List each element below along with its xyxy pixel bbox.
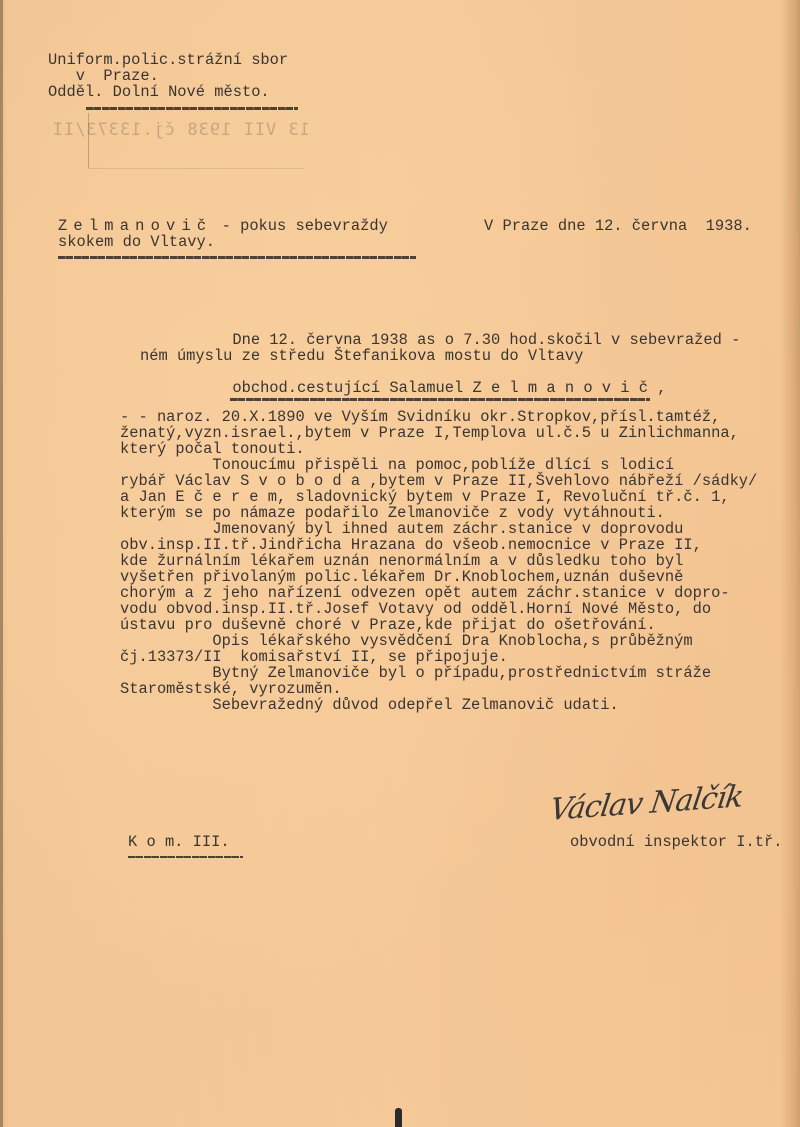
body-line: Jmenovaný byl ihned autem záchr.stanice … xyxy=(120,521,683,537)
body-line: Bytný Zelmanoviče byl o případu,prostřed… xyxy=(120,665,711,681)
body-line: vyšetřen přivolaným polic.lékařem Dr.Kno… xyxy=(120,569,683,585)
body-line: a Jan E č e r e m, sladovnický bytem v P… xyxy=(120,489,730,505)
subject-line-1: Zelmanovič - pokus sebevraždy xyxy=(58,218,388,234)
kom-underline xyxy=(128,856,243,858)
body-line: obchod.cestující Salamuel Z e l m a n o … xyxy=(140,380,666,396)
subject-text: - pokus sebevraždy xyxy=(222,217,388,235)
body-line: kde žurnálním lékařem uznán nenormálním … xyxy=(120,553,683,569)
org-underline xyxy=(86,107,298,110)
body-line: Opis lékařského vysvědčení Dra Knoblocha… xyxy=(120,633,693,649)
body-line: obv.insp.II.tř.Jindřicha Hrazana do všeo… xyxy=(120,537,702,553)
body-line: kterým se po námaze podařilo Zelmanoviče… xyxy=(120,505,665,521)
org-line-2: v Praze. xyxy=(48,68,159,84)
page-edge xyxy=(0,0,3,1127)
body-line: rybář Václav S v o b o d a ,bytem v Praz… xyxy=(120,473,757,489)
body-line: který počal tonouti. xyxy=(120,441,305,457)
body-line: ném úmyslu ze středu Štefanikova mostu d… xyxy=(140,348,583,364)
subject-underline xyxy=(58,256,416,259)
body-line: ústavu pro duševně choré v Praze,kde při… xyxy=(120,617,656,633)
body-line: vodu obvod.insp.II.tř.Josef Votavy od od… xyxy=(120,601,711,617)
signer-title: obvodní inspektor I.tř. xyxy=(570,834,782,850)
body-line: Sebevražedný důvod odepřel Zelmanovič ud… xyxy=(120,697,619,713)
body-line: Dne 12. června 1938 as o 7.30 hod.skočil… xyxy=(140,332,740,348)
body-line: Tonoucímu přispěli na pomoc,poblíže dlíc… xyxy=(120,457,674,473)
kom-reference: K o m. III. xyxy=(128,834,230,850)
org-line-3: Odděl. Dolní Nové město. xyxy=(48,84,270,100)
name-underline xyxy=(230,398,650,401)
body-line: Staroměstské, vyrozuměn. xyxy=(120,681,342,697)
binding-clip xyxy=(395,1108,402,1127)
subject-line-2: skokem do Vltavy. xyxy=(58,234,215,250)
stamp-bleedthrough: 13 VII 1938 čj.13373/II xyxy=(52,120,310,140)
dateline: V Praze dne 12. června 1938. xyxy=(484,218,752,234)
body-line: chorým a z jeho nařízení odvezen opět au… xyxy=(120,585,730,601)
body-line: ženatý,vyzn.israel.,bytem v Praze I,Temp… xyxy=(120,425,739,441)
body-line: - - naroz. 20.X.1890 ve Vyším Svidníku o… xyxy=(120,409,720,425)
body-line: čj.13373/II komisařství II, se připojuje… xyxy=(120,649,508,665)
org-line-1: Uniform.polic.strážní sbor xyxy=(48,52,288,68)
